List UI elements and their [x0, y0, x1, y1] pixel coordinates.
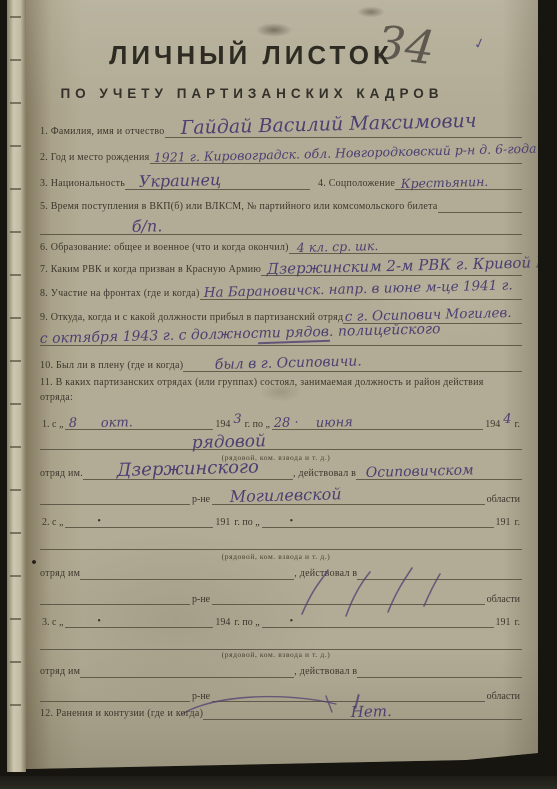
field-rvk: 7. Каким РВК и когда призван в Красную А… [40, 260, 522, 276]
entry3-oblast-label: области [485, 691, 522, 702]
field-nationality-line: Украинец [125, 174, 310, 190]
entry1-to-year-hw: 4 [503, 412, 511, 427]
unit-entry-1-dates: 1. с „ 8 окт. 194 3 г. по „ 28 · июня 19… [40, 414, 522, 430]
entry3-to-line: • [262, 612, 494, 628]
field-name-value: Гайдай Василий Максимович [180, 110, 476, 139]
entry1-tail: г. [513, 419, 522, 430]
field-arrival-value2: с октября 1943 г. с должности рядов. пол… [40, 321, 441, 347]
field-wounds: 12. Ранения и контузии (где и когда) Нет… [40, 704, 522, 720]
field-rvk-line: Дзержинским 2-м РВК г. Кривой Рог. [261, 260, 522, 276]
entry1-oblast-label: области [485, 494, 522, 505]
field-education: 6. Образование: общее и военное (что и к… [40, 238, 522, 254]
entry3-from-year-print: 194 [213, 617, 232, 628]
form-title: ЛИЧНЫЙ ЛИСТОК [81, 40, 421, 71]
scanner-bed-edge [0, 776, 557, 789]
entry3-position-line [40, 634, 522, 650]
entry1-acted-line: Осиповичском [356, 464, 522, 480]
field-nationality-social: 3. Национальность Украинец 4. Соцположен… [40, 174, 522, 190]
field-wounds-line: Нет. [203, 704, 522, 720]
field-wounds-label: 12. Ранения и контузии (где и когда) [40, 708, 203, 720]
unit-entry-2-position-row [40, 534, 522, 550]
entry1-to-line: 28 · июня [272, 414, 483, 430]
entry1-unit-label: отряд им. [40, 468, 83, 480]
field-arrival-label: 9. Откуда, когда и с какой должности при… [40, 312, 343, 324]
unit-entry-3-dates: 3. с „ • 194 г. по „ • 191 г. [40, 612, 522, 628]
entry1-rayon-label: р-не [190, 494, 212, 505]
entry3-rayon-lead-line [40, 686, 190, 702]
entry2-unit-label: отряд им [40, 568, 80, 580]
field-name-label: 1. Фамилия, имя и отчество [40, 126, 165, 138]
entry2-unit-line [80, 564, 294, 580]
field-name-line: Гайдай Василий Максимович [165, 122, 522, 138]
entry3-tail: г. [513, 617, 522, 628]
entry3-no: 3. с „ [40, 617, 65, 628]
entry1-acted-label: , действовал в [293, 468, 356, 480]
field-social-value: Крестьянин. [401, 174, 489, 191]
field-education-label: 6. Образование: общее и военное (что и к… [40, 242, 289, 254]
entry1-position-line: рядовой [40, 434, 522, 450]
unit-entry-3-position-row [40, 634, 522, 650]
entry2-ditto2: • [288, 516, 296, 527]
entry3-ditto1: • [95, 616, 103, 627]
entry2-mid: г. по „ [232, 517, 261, 528]
entry2-tail: г. [513, 517, 522, 528]
entry1-position-value: рядовой [192, 431, 267, 453]
entry2-rayon-label: р-не [190, 594, 212, 605]
field-birth-value: 1921 г. Кировоградск. обл. Новгородковск… [153, 141, 540, 165]
field-rvk-label: 7. Каким РВК и когда призван в Красную А… [40, 264, 261, 276]
field-units-label: 11. В каких партизанских отрядах (или гр… [40, 376, 522, 405]
entry1-to-year-print: 194 [483, 419, 502, 430]
entry1-no: 1. с „ [40, 419, 65, 430]
field-party-line: б/п. [40, 219, 522, 235]
entry3-acted-line [357, 662, 522, 678]
entry1-to-month: июня [316, 415, 353, 431]
entry1-rayon-line: Могилевской [212, 489, 484, 505]
field-party-value: б/п. [132, 216, 163, 236]
field-birth: 2. Год и место рождения 1921 г. Кировогр… [40, 148, 522, 164]
entry1-rayon-value: Могилевской [230, 484, 342, 506]
field-education-value: 4 кл. ср. шк. [296, 238, 378, 255]
field-fronts-line: На Барановичск. напр. в июне м-це 1941 г… [200, 284, 522, 300]
adjacent-page-edge [7, 0, 26, 772]
unit-entry-3-unit-row: отряд им , действовал в [40, 662, 522, 678]
entry1-rayon-lead-line [40, 489, 190, 505]
unit-entry-2-dates: 2. с „ • 191 г. по „ • 191 г. [40, 512, 522, 528]
field-captivity-label: 10. Был ли в плену (где и когда) [40, 360, 183, 372]
entry2-from-line: • [65, 512, 213, 528]
field-education-line: 4 кл. ср. шк. [289, 238, 522, 254]
entry2-position-caption: (рядовой, ком. взвода и т. д.) [156, 552, 396, 561]
entry3-from-line: • [65, 612, 213, 628]
field-arrival-line2: с октября 1943 г. с должности рядов. пол… [40, 330, 522, 346]
entry3-unit-label: отряд им [40, 666, 80, 678]
form-page: 34 ✓ ЛИЧНЫЙ ЛИСТОК ПО УЧЕТУ ПАРТИЗАНСКИХ… [26, 0, 538, 789]
entry1-unit-value: Дзержинского [116, 457, 259, 481]
field-party-value-row: б/п. [40, 219, 522, 235]
entry1-to-day: 28 · [274, 415, 299, 431]
field-fronts-label: 8. Участие на фронтах (где и когда) [40, 288, 200, 300]
entry1-from-line: 8 окт. [65, 414, 213, 430]
field-nationality-value: Украинец [139, 170, 222, 191]
entry1-from-year-print: 194 [213, 419, 232, 430]
entry1-unit-line: Дзержинского [83, 464, 293, 480]
entry1-mid: г. по „ [243, 419, 272, 430]
field-arrival: 9. Откуда, когда и с какой должности при… [40, 308, 522, 324]
entry2-no: 2. с „ [40, 517, 65, 528]
field-social-label: 4. Соцположение [310, 178, 395, 190]
field-party-line-short [438, 197, 522, 213]
entry2-from-year-print: 191 [213, 517, 232, 528]
entry3-unit-line [80, 662, 294, 678]
field-fronts-value: На Барановичск. напр. в июне м-це 1941 г… [203, 277, 512, 301]
field-arrival-row2: с октября 1943 г. с должности рядов. пол… [40, 330, 522, 346]
entry1-from-year-hw: 3 [233, 412, 241, 427]
entry3-to-year-print: 191 [494, 617, 513, 628]
field-party-label: 5. Время поступления в ВКП(б) или ВЛКСМ,… [40, 201, 438, 213]
field-birth-line: 1921 г. Кировоградск. обл. Новгородковск… [150, 148, 523, 164]
margin-tick-marks [10, 16, 21, 746]
entry2-to-year-print: 191 [494, 517, 513, 528]
entry3-acted-label: , действовал в [294, 666, 357, 678]
entry2-ditto1: • [95, 516, 103, 527]
entry3-position-caption: (рядовой, ком. взвода и т. д.) [156, 650, 396, 659]
field-nationality-label: 3. Национальность [40, 178, 125, 190]
pencil-check-mark: ✓ [472, 35, 487, 54]
unit-entry-1-rayon-row: р-не Могилевской области [40, 489, 522, 505]
entry1-from-day: 8 [69, 416, 78, 431]
field-name: 1. Фамилия, имя и отчество Гайдай Васили… [40, 122, 522, 138]
field-captivity-value: был в г. Осиповичи. [215, 353, 362, 373]
entry2-to-line: • [262, 512, 494, 528]
entry2-oblast-label: области [485, 594, 522, 605]
field-captivity-line: был в г. Осиповичи. [183, 356, 522, 372]
field-birth-label: 2. Год и место рождения [40, 152, 150, 164]
entry2-position-line [40, 534, 522, 550]
unit-entry-1-position-row: рядовой [40, 434, 522, 450]
field-captivity: 10. Был ли в плену (где и когда) был в г… [40, 356, 522, 372]
field-fronts: 8. Участие на фронтах (где и когда) На Б… [40, 284, 522, 300]
form-subtitle: ПО УЧЕТУ ПАРТИЗАНСКИХ КАДРОВ [40, 86, 464, 101]
entry3-mid: г. по „ [232, 617, 261, 628]
unit-entry-1-unit-row: отряд им. Дзержинского , действовал в Ос… [40, 464, 522, 480]
field-social-line: Крестьянин. [395, 174, 522, 190]
entry2-rayon-lead-line [40, 589, 190, 605]
ink-scribble [284, 566, 454, 618]
entry1-acted-value: Осиповичском [366, 462, 474, 481]
scanned-document: 34 ✓ ЛИЧНЫЙ ЛИСТОК ПО УЧЕТУ ПАРТИЗАНСКИХ… [0, 0, 557, 789]
field-rvk-value: Дзержинским 2-м РВК г. Кривой Рог. [267, 253, 557, 278]
entry1-from-month: окт. [101, 415, 133, 431]
field-party: 5. Время поступления в ВКП(б) или ВЛКСМ,… [40, 197, 522, 213]
entry3-ditto2: • [288, 616, 296, 627]
